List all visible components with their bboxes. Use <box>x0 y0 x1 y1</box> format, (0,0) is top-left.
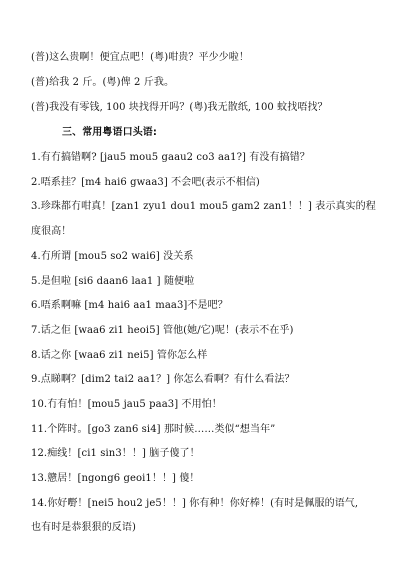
phrase-item: 12.痴线！[ci1 sin3！！] 脑子傻了！ <box>31 447 200 460</box>
phrase-item: 1.有冇搞错啊? [jau5 mou5 gaau2 co3 aa1?] 有没有搞… <box>31 151 310 164</box>
section-heading: 三、常用粤语口头语: <box>62 126 157 139</box>
phrase-item: 10.冇有怕！[mou5 jau5 paa3] 不用怕！ <box>31 398 222 411</box>
phrase-item: 14.你好嘢！[nei5 hou2 je5！！] 你有种！你好棒！(有时是佩服的… <box>31 497 358 510</box>
phrase-item: 5.是但啦 [si6 daan6 laa1 ] 随便啦 <box>31 275 194 288</box>
dialogue-line: (普)这么贵啊！便宜点吧！(粤)咁贵？平少少啦！ <box>31 51 249 64</box>
phrase-item: 11.个阵时。[go3 zan6 si4] 那时候……类似“想当年” <box>31 423 275 436</box>
document-page: (普)这么贵啊！便宜点吧！(粤)咁贵？平少少啦！ (普)给我 2 斤。(粤)俾 … <box>0 0 400 565</box>
dialogue-line: (普)我没有零钱, 100 块找得开吗？(粤)我无散纸, 100 蚊找唔找？ <box>31 101 328 114</box>
phrase-item: 8.话之你 [waa6 zi1 nei5] 管你怎么样 <box>31 349 207 362</box>
phrase-item: 2.唔系挂？[m4 hai6 gwaa3] 不会吧(表示不相信) <box>31 176 260 189</box>
phrase-item: 7.话之佢 [waa6 zi1 heoi5] 管他(她/它)呢！(表示不在乎) <box>31 324 294 337</box>
phrase-item-continuation: 也有时是恭狠狠的反语) <box>31 521 136 534</box>
phrase-item: 6.唔系啊嘛 [m4 hai6 aa1 maa3]不是吧？ <box>31 299 228 312</box>
dialogue-line: (普)给我 2 斤。(粤)俾 2 斤我。 <box>31 76 174 89</box>
phrase-item: 13.戆居！[ngong6 geoi1！！] 傻！ <box>31 472 200 485</box>
phrase-item-continuation: 度很高！ <box>31 225 71 238</box>
phrase-item: 9.点睇啊？[dim2 tai2 aa1？] 你怎么看啊？有什么看法？ <box>31 373 295 386</box>
phrase-item: 3.珍珠都冇咁真！[zan1 zyu1 dou1 mou5 gam2 zan1！… <box>31 200 376 213</box>
phrase-item: 4.冇所谓 [mou5 so2 wai6] 没关系 <box>31 250 193 263</box>
